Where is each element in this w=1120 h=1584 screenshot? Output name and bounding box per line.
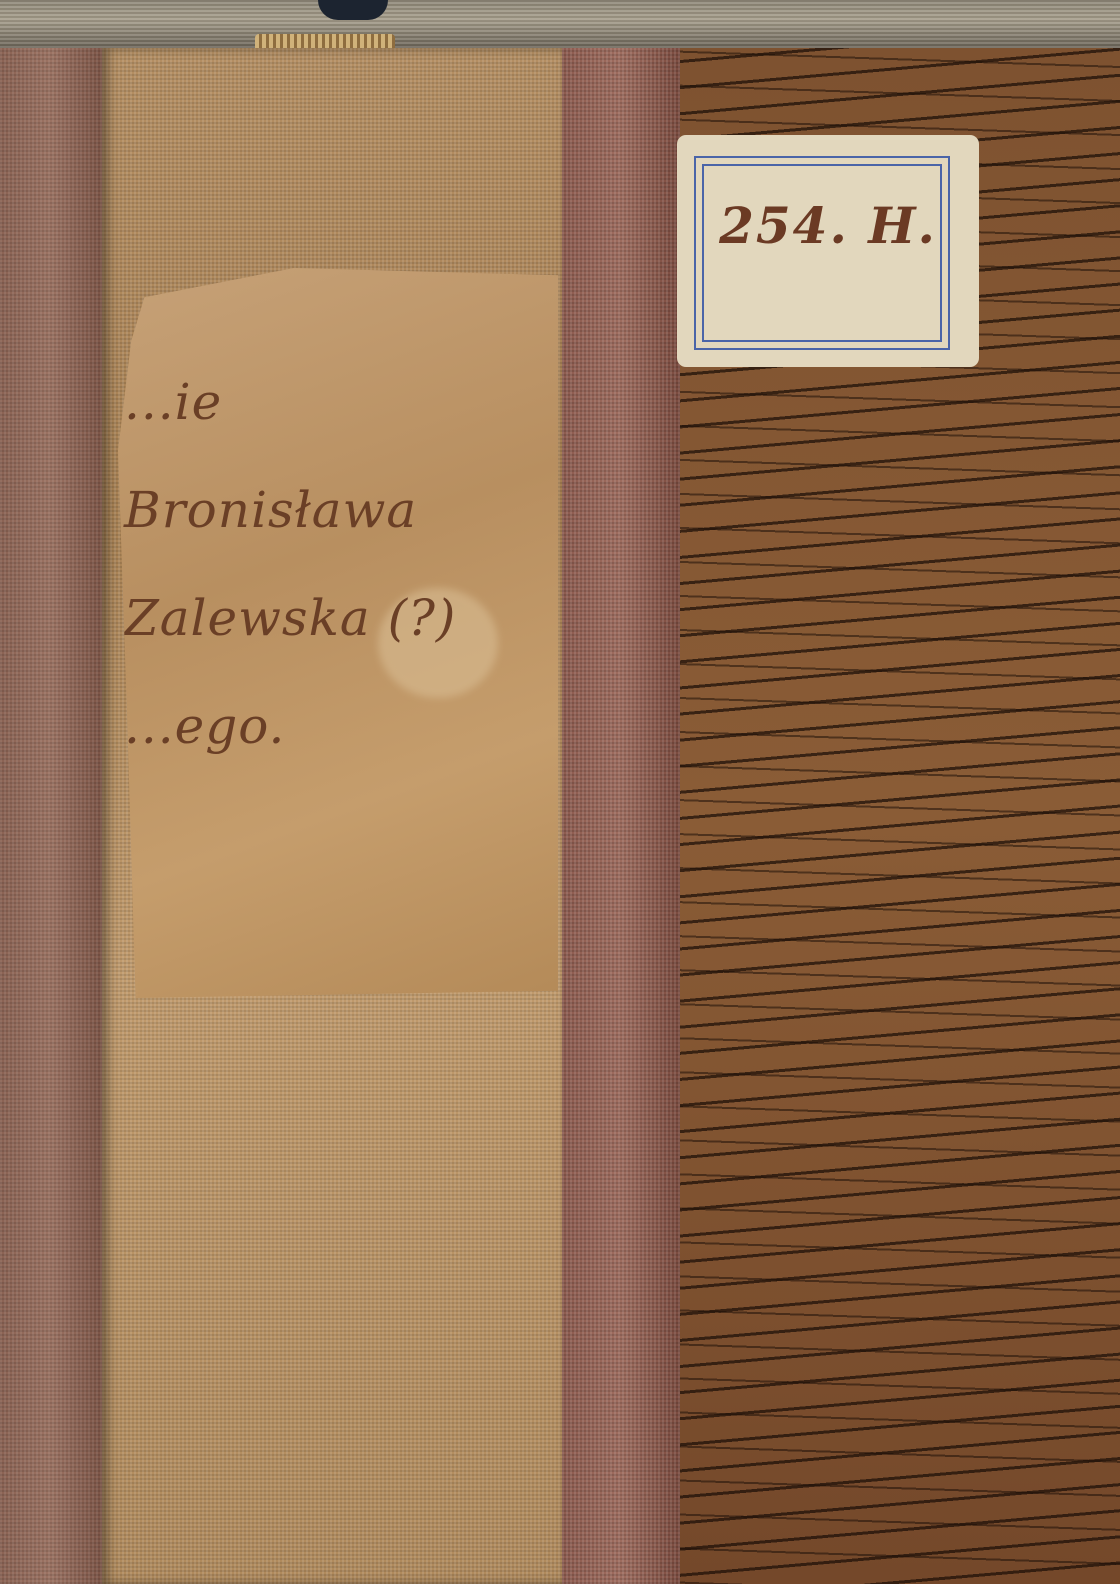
page-gap (318, 0, 388, 20)
handwritten-text: ...ie Bronisława Zalewska (?) ...ego. (124, 348, 554, 780)
page-edge-lines (0, 0, 1120, 48)
label-line-4: ...ego. (124, 672, 554, 780)
label-line-3: Zalewska (?) (124, 564, 554, 672)
shelf-mark-code: 254. H. (680, 196, 976, 255)
handwritten-spine-label: ...ie Bronisława Zalewska (?) ...ego. (118, 268, 558, 998)
label-line-1: ...ie (124, 348, 554, 456)
shelf-mark-label: 254. H. (680, 138, 976, 364)
cloth-band-right (562, 48, 680, 1584)
label-line-2: Bronisława (124, 456, 554, 564)
cloth-band-left (0, 48, 102, 1584)
page-edges (0, 0, 1120, 48)
